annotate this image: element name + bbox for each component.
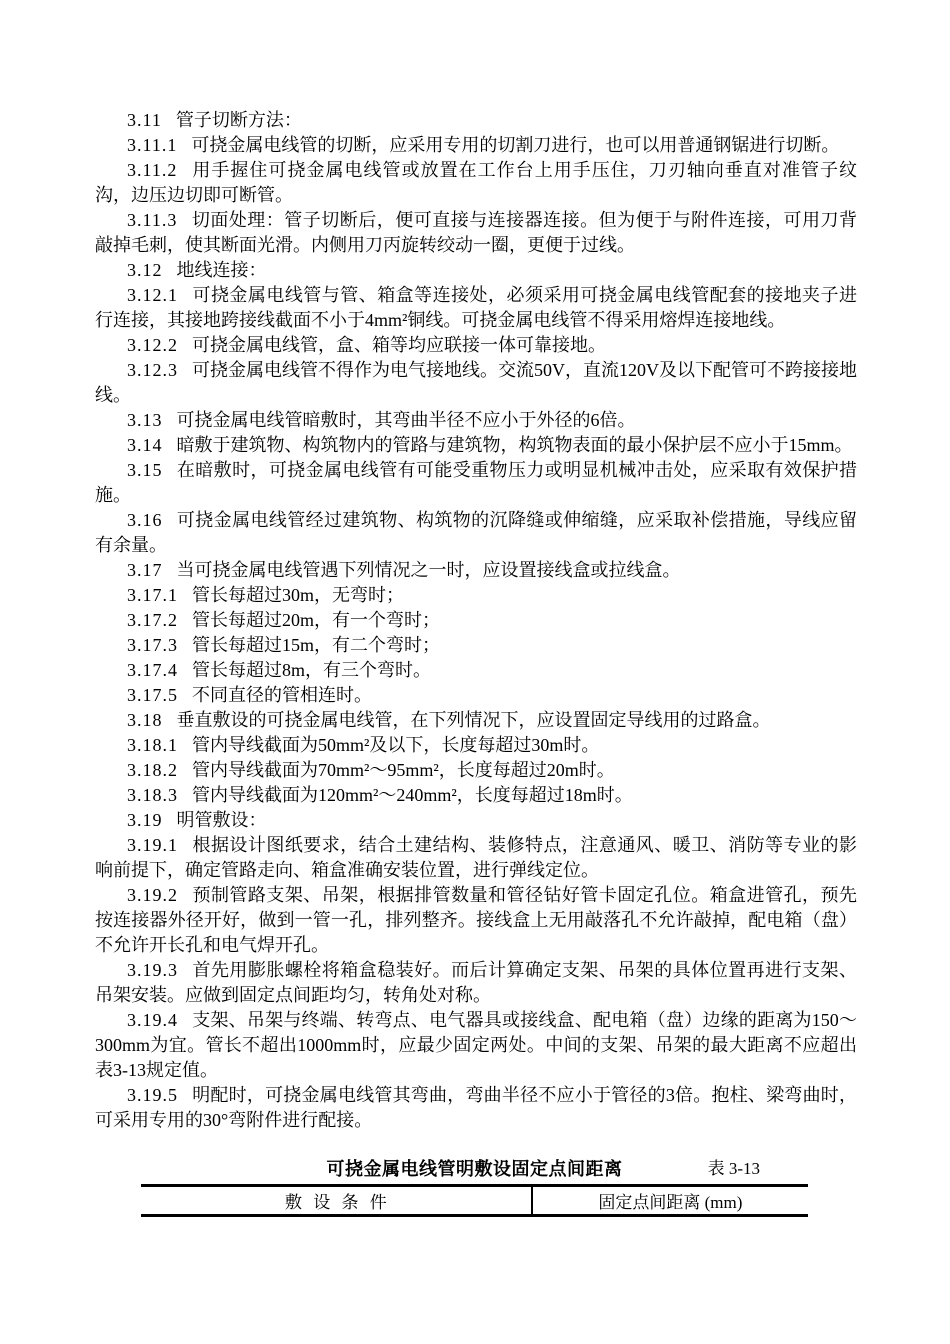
header-fixing-point-distance: 固定点间距离 (mm) [532,1186,808,1216]
section-number: 3.15 [127,460,177,480]
section-number: 3.12.3 [127,360,192,380]
section-number: 3.11.3 [127,210,191,230]
section-text: 可挠金属电线管暗敷时，其弯曲半径不应小于外径的6倍。 [177,410,636,430]
section-number: 3.19.1 [127,835,192,855]
section-number: 3.19 [127,810,177,830]
paragraph-3.12.1: 3.12.1可挠金属电线管与管、箱盒等连接处，必须采用可挠金属电线管配套的接地夹… [95,283,857,333]
paragraph-3.14: 3.14暗敷于建筑物、构筑物内的管路与建筑物，构筑物表面的最小保护层不应小于15… [95,433,857,458]
section-text: 根据设计图纸要求，结合土建结构、装修特点，注意通风、暖卫、消防等专业的影响前提下… [95,835,857,880]
section-text: 管长每超过15m，有二个弯时； [192,635,440,655]
section-number: 3.18.2 [127,760,192,780]
section-number: 3.19.2 [127,885,192,905]
section-number: 3.17 [127,560,177,580]
section-number: 3.12.1 [127,285,192,305]
paragraph-3.19: 3.19明管敷设： [95,808,857,833]
paragraph-3.19.3: 3.19.3首先用膨胀螺栓将箱盒稳装好。而后计算确定支架、吊架的具体位置再进行支… [95,958,857,1008]
section-number: 3.17.5 [127,685,192,705]
section-text: 支架、吊架与终端、转弯点、电气器具或接线盒、配电箱（盘）边缘的距离为150～30… [95,1010,857,1080]
paragraph-3.16: 3.16可挠金属电线管经过建筑物、构筑物的沉降缝或伸缩缝，应采取补偿措施，导线应… [95,508,857,558]
paragraph-3.13: 3.13可挠金属电线管暗敷时，其弯曲半径不应小于外径的6倍。 [95,408,857,433]
paragraph-3.15: 3.15在暗敷时，可挠金属电线管有可能受重物压力或明显机械冲击处，应采取有效保护… [95,458,857,508]
paragraph-3.19.1: 3.19.1根据设计图纸要求，结合土建结构、装修特点，注意通风、暖卫、消防等专业… [95,833,857,883]
section-number: 3.19.4 [127,1010,192,1030]
paragraph-3.17.2: 3.17.2管长每超过20m，有一个弯时； [95,608,857,633]
section-text: 管长每超过8m，有三个弯时。 [192,660,431,680]
paragraph-3.19.4: 3.19.4支架、吊架与终端、转弯点、电气器具或接线盒、配电箱（盘）边缘的距离为… [95,1008,857,1083]
paragraph-3.12: 3.12地线连接： [95,258,857,283]
paragraph-3.11.1: 3.11.1可挠金属电线管的切断，应采用专用的切割刀进行，也可以用普通钢锯进行切… [95,133,857,158]
section-text: 可挠金属电线管，盒、箱等均应联接一体可靠接地。 [192,335,606,355]
section-text: 明配时，可挠金属电线管其弯曲，弯曲半径不应小于管径的3倍。抱柱、梁弯曲时，可采用… [95,1085,857,1130]
section-number: 3.17.1 [127,585,192,605]
paragraph-3.17.1: 3.17.1管长每超过30m，无弯时； [95,583,857,608]
paragraph-3.17.4: 3.17.4管长每超过8m，有三个弯时。 [95,658,857,683]
section-text: 垂直敷设的可挠金属电线管，在下列情况下，应设置固定导线用的过路盒。 [177,710,771,730]
section-text: 用手握住可挠金属电线管或放置在工作台上用手压住，刀刃轴向垂直对准管子纹沟，边压边… [95,160,857,205]
section-number: 3.19.5 [127,1085,192,1105]
section-text: 地线连接： [177,260,267,280]
paragraph-3.19.5: 3.19.5明配时，可挠金属电线管其弯曲，弯曲半径不应小于管径的3倍。抱柱、梁弯… [95,1083,857,1133]
section-text: 管长每超过30m，无弯时； [192,585,404,605]
section-text: 明管敷设： [177,810,267,830]
section-text: 当可挠金属电线管遇下列情况之一时，应设置接线盒或拉线盒。 [177,560,681,580]
paragraph-3.17.3: 3.17.3管长每超过15m，有二个弯时； [95,633,857,658]
section-text: 管长每超过20m，有一个弯时； [192,610,440,630]
section-text: 管内导线截面为120mm²～240mm²，长度每超过18m时。 [192,785,633,805]
section-text: 可挠金属电线管经过建筑物、构筑物的沉降缝或伸缩缝，应采取补偿措施，导线应留有余量… [95,510,857,555]
section-number: 3.17.3 [127,635,192,655]
paragraph-3.18: 3.18垂直敷设的可挠金属电线管，在下列情况下，应设置固定导线用的过路盒。 [95,708,857,733]
paragraph-3.18.1: 3.18.1管内导线截面为50mm²及以下，长度每超过30m时。 [95,733,857,758]
section-text: 管子切断方法： [176,110,302,130]
section-text: 不同直径的管相连时。 [192,685,372,705]
paragraph-3.11.2: 3.11.2用手握住可挠金属电线管或放置在工作台上用手压住，刀刃轴向垂直对准管子… [95,158,857,208]
section-number: 3.11.1 [127,135,191,155]
section-text: 可挠金属电线管的切断，应采用专用的切割刀进行，也可以用普通钢锯进行切断。 [191,135,839,155]
section-number: 3.18.3 [127,785,192,805]
section-number: 3.18.1 [127,735,192,755]
section-number: 3.14 [127,435,177,455]
section-text: 预制管路支架、吊架，根据排管数量和管径钻好管卡固定孔位。箱盒进管孔，预先按连接器… [95,885,857,955]
section-number: 3.19.3 [127,960,192,980]
document-body: 3.11管子切断方法：3.11.1可挠金属电线管的切断，应采用专用的切割刀进行，… [95,108,857,1133]
section-text: 管内导线截面为50mm²及以下，长度每超过30m时。 [192,735,599,755]
section-number: 3.18 [127,710,177,730]
section-text: 管内导线截面为70mm²～95mm²，长度每超过20m时。 [192,760,615,780]
section-text: 首先用膨胀螺栓将箱盒稳装好。而后计算确定支架、吊架的具体位置再进行支架、吊架安装… [95,960,857,1005]
section-number: 3.12.2 [127,335,192,355]
paragraph-3.11.3: 3.11.3切面处理：管子切断后，便可直接与连接器连接。但为便于与附件连接，可用… [95,208,857,258]
paragraph-3.12.3: 3.12.3可挠金属电线管不得作为电气接地线。交流50V，直流120V及以下配管… [95,358,857,408]
table-header-row: 敷 设 条 件 固定点间距离 (mm) [141,1186,808,1216]
section-number: 3.16 [127,510,177,530]
document-page: 3.11管子切断方法：3.11.1可挠金属电线管的切断，应采用专用的切割刀进行，… [0,0,950,1344]
fixing-distance-table: 敷 设 条 件 固定点间距离 (mm) [141,1184,808,1217]
paragraph-3.19.2: 3.19.2预制管路支架、吊架，根据排管数量和管径钻好管卡固定孔位。箱盒进管孔，… [95,883,857,958]
section-text: 暗敷于建筑物、构筑物内的管路与建筑物，构筑物表面的最小保护层不应小于15mm。 [177,435,853,455]
paragraph-3.17.5: 3.17.5不同直径的管相连时。 [95,683,857,708]
table-caption-row: 可挠金属电线管明敷设固定点间距离 表 3-13 [141,1156,808,1182]
section-number: 3.13 [127,410,177,430]
paragraph-3.17: 3.17当可挠金属电线管遇下列情况之一时，应设置接线盒或拉线盒。 [95,558,857,583]
section-text: 切面处理：管子切断后，便可直接与连接器连接。但为便于与附件连接，可用刀背敲掉毛刺… [95,210,857,255]
section-text: 可挠金属电线管不得作为电气接地线。交流50V，直流120V及以下配管可不跨接接地… [95,360,857,405]
paragraph-3.18.2: 3.18.2管内导线截面为70mm²～95mm²，长度每超过20m时。 [95,758,857,783]
section-text: 在暗敷时，可挠金属电线管有可能受重物压力或明显机械冲击处，应采取有效保护措施。 [95,460,857,505]
section-number: 3.11 [127,110,176,130]
paragraph-3.18.3: 3.18.3管内导线截面为120mm²～240mm²，长度每超过18m时。 [95,783,857,808]
paragraph-3.11: 3.11管子切断方法： [95,108,857,133]
section-number: 3.17.4 [127,660,192,680]
paragraph-3.12.2: 3.12.2可挠金属电线管，盒、箱等均应联接一体可靠接地。 [95,333,857,358]
header-laying-conditions: 敷 设 条 件 [141,1186,532,1216]
section-number: 3.11.2 [127,160,191,180]
section-number: 3.12 [127,260,177,280]
section-text: 可挠金属电线管与管、箱盒等连接处，必须采用可挠金属电线管配套的接地夹子进行连接，… [95,285,857,330]
table-number-label: 表 3-13 [708,1156,760,1182]
section-number: 3.17.2 [127,610,192,630]
